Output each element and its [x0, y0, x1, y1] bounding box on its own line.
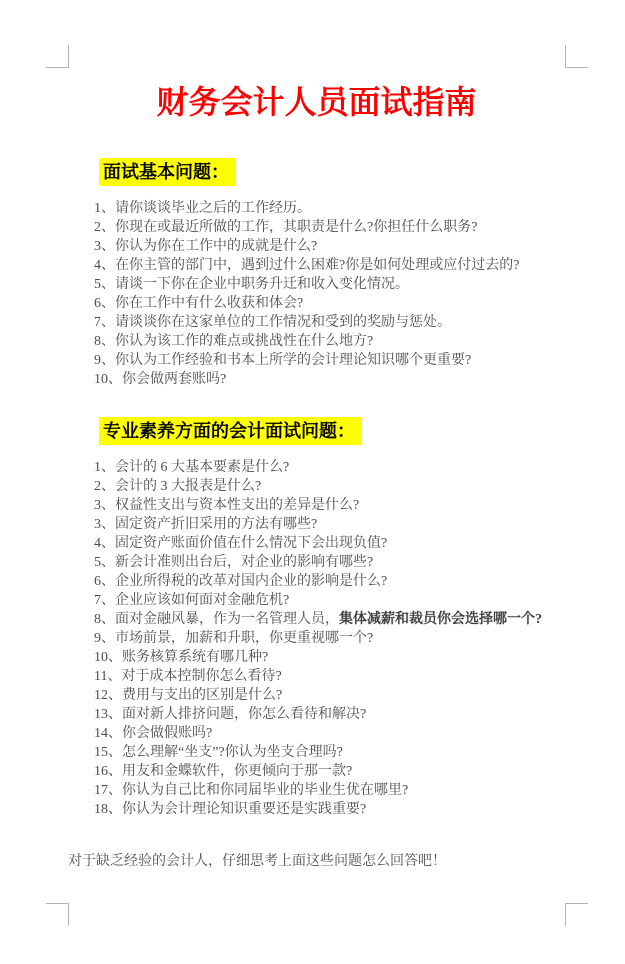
question-item: 11、对于成本控制你怎么看待?: [94, 667, 565, 686]
question-item: 1、会计的 6 大基本要素是什么?: [94, 458, 565, 477]
question-item: 7、请谈谈你在这家单位的工作情况和受到的奖励与惩处。: [94, 313, 565, 332]
question-item: 3、权益性支出与资本性支出的差异是什么?: [94, 496, 565, 515]
question-item: 10、你会做两套账吗?: [94, 370, 565, 389]
margin-crop-mark-top-right: [565, 45, 588, 68]
question-item-regular-segment: 8、面对金融风暴，作为一名管理人员，: [94, 612, 339, 627]
question-item: 9、市场前景，加薪和升职，你更重视哪一个?: [94, 629, 565, 648]
margin-crop-mark-bottom-left: [46, 903, 69, 926]
question-item: 6、你在工作中有什么收获和体会?: [94, 294, 565, 313]
margin-crop-mark-bottom-right: [565, 903, 588, 926]
question-item: 14、你会做假账吗?: [94, 724, 565, 743]
question-item: 4、固定资产账面价值在什么情况下会出现负值?: [94, 534, 565, 553]
footer-note: 对于缺乏经验的会计人，仔细思考上面这些问题怎么回答吧！: [68, 852, 565, 871]
question-item: 13、面对新人排挤问题，你怎么看待和解决?: [94, 705, 565, 724]
question-item: 8、面对金融风暴，作为一名管理人员，集体减薪和裁员你会选择哪一个?: [94, 610, 565, 629]
question-list-1: 1、请你谈谈毕业之后的工作经历。2、你现在或最近所做的工作，其职责是什么?你担任…: [94, 199, 565, 389]
document-title: 财务会计人员面试指南: [68, 84, 565, 120]
question-item: 2、会计的 3 大报表是什么?: [94, 477, 565, 496]
question-item: 2、你现在或最近所做的工作，其职责是什么?你担任什么职务?: [94, 218, 565, 237]
question-item: 10、账务核算系统有哪几种?: [94, 648, 565, 667]
question-item: 3、固定资产折旧采用的方法有哪些?: [94, 515, 565, 534]
question-item: 12、费用与支出的区别是什么?: [94, 686, 565, 705]
question-item: 3、你认为你在工作中的成就是什么?: [94, 237, 565, 256]
question-item: 1、请你谈谈毕业之后的工作经历。: [94, 199, 565, 218]
question-item: 9、你认为工作经验和书本上所学的会计理论知识哪个更重要?: [94, 351, 565, 370]
section-2: 专业素养方面的会计面试问题：: [99, 417, 565, 445]
document-content: 财务会计人员面试指南 面试基本问题： 1、请你谈谈毕业之后的工作经历。2、你现在…: [68, 67, 565, 871]
section-1-heading-highlighted: 面试基本问题：: [99, 158, 236, 186]
question-item: 5、请谈一下你在企业中职务升迁和收入变化情况。: [94, 275, 565, 294]
question-item-bold-segment: 集体减薪和裁员你会选择哪一个?: [339, 612, 542, 627]
question-item: 6、企业所得税的改革对国内企业的影响是什么?: [94, 572, 565, 591]
question-list-2: 1、会计的 6 大基本要素是什么?2、会计的 3 大报表是什么?3、权益性支出与…: [94, 458, 565, 819]
question-item: 4、在你主管的部门中，遇到过什么困难?你是如何处理或应付过去的?: [94, 256, 565, 275]
question-item: 5、新会计准则出台后，对企业的影响有哪些?: [94, 553, 565, 572]
question-item: 18、你认为会计理论知识重要还是实践重要?: [94, 800, 565, 819]
section-1: 面试基本问题：: [99, 158, 565, 186]
section-2-heading-highlighted: 专业素养方面的会计面试问题：: [99, 417, 362, 445]
document-page: 财务会计人员面试指南 面试基本问题： 1、请你谈谈毕业之后的工作经历。2、你现在…: [0, 0, 625, 964]
question-item: 16、用友和金蝶软件，你更倾向于那一款?: [94, 762, 565, 781]
question-item: 8、你认为该工作的难点或挑战性在什么地方?: [94, 332, 565, 351]
question-item: 17、你认为自己比和你同届毕业的毕业生优在哪里?: [94, 781, 565, 800]
question-item: 15、怎么理解“坐支”?你认为坐支合理吗?: [94, 743, 565, 762]
question-item: 7、企业应该如何面对金融危机?: [94, 591, 565, 610]
margin-crop-mark-top-left: [46, 45, 69, 68]
